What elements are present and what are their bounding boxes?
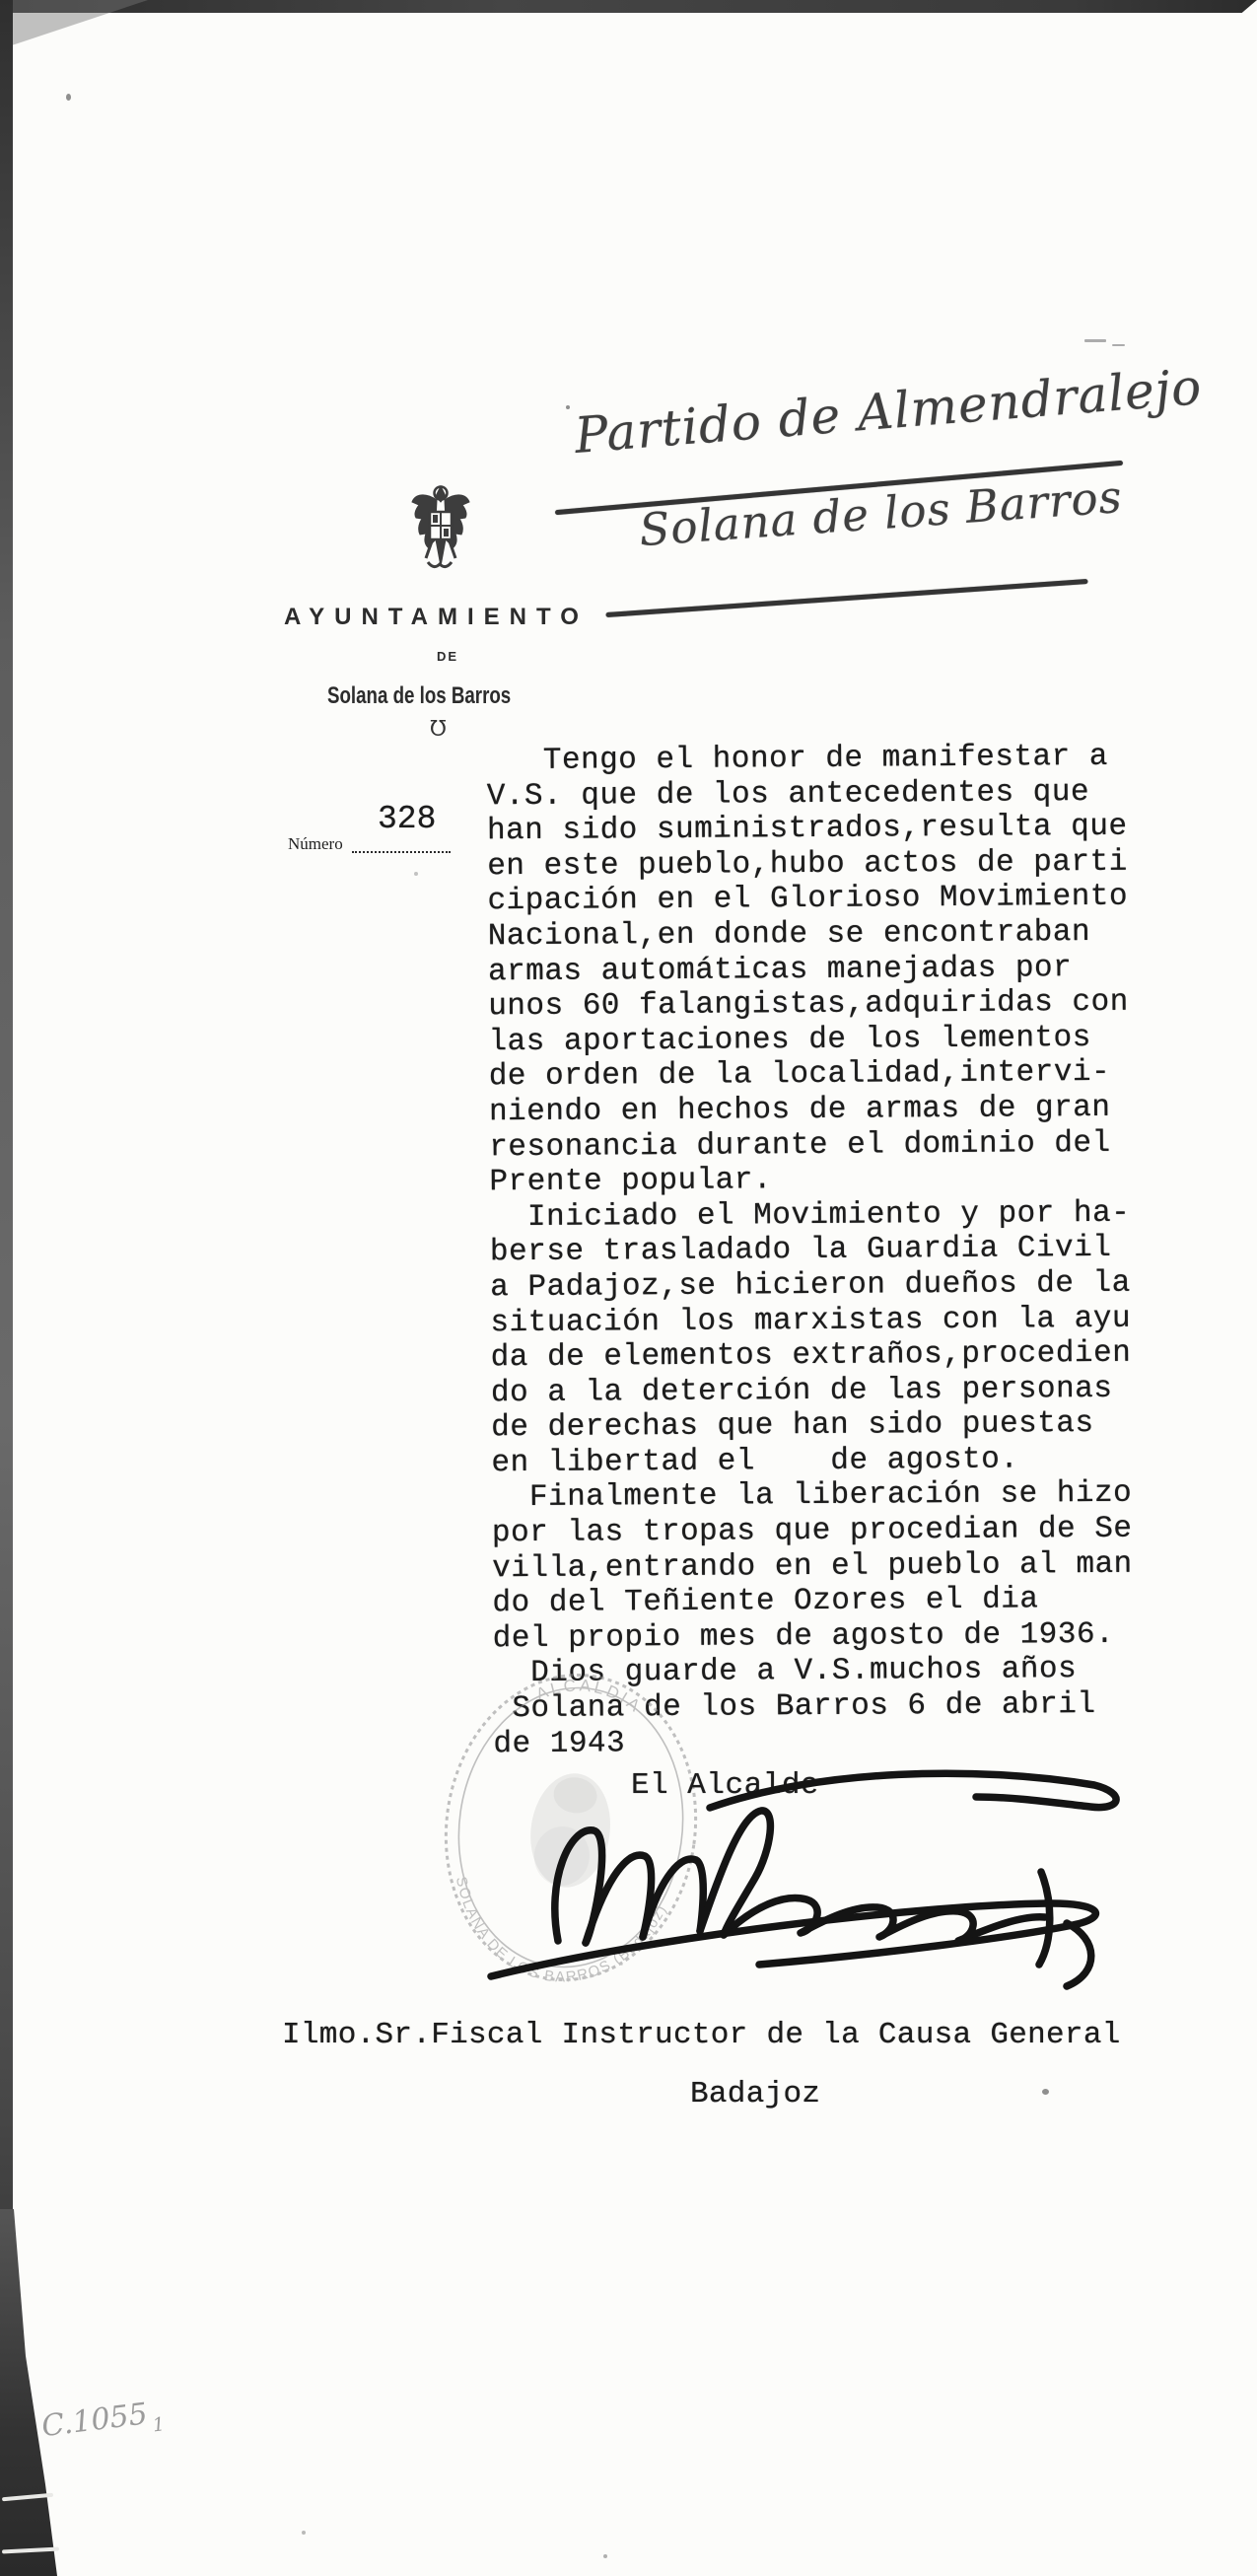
addressee-line: Ilmo.Sr.Fiscal Instructor de la Causa Ge… bbox=[282, 2018, 1121, 2052]
body-line: las aportaciones de los lementos bbox=[488, 1020, 1129, 1059]
archive-reference-mark: C.10551 bbox=[39, 2396, 161, 2444]
scan-mark-dash bbox=[1084, 339, 1106, 342]
body-line: a Padajoz,se hicieron dueños de la bbox=[490, 1266, 1131, 1306]
scan-speck bbox=[1042, 2089, 1049, 2095]
addressee-city: Badajoz bbox=[690, 2077, 820, 2111]
body-line: en este pueblo,hubo actos de parti bbox=[487, 845, 1128, 885]
body-line: Nacional,en donde se encontraban bbox=[488, 915, 1129, 955]
archive-reference-index: 1 bbox=[152, 2413, 167, 2436]
eagle-coat-of-arms-icon bbox=[408, 483, 473, 588]
document-number-value: 328 bbox=[378, 801, 436, 837]
body-line: Tengo el honor de manifestar a bbox=[486, 740, 1127, 779]
body-line: resonancia durante el dominio del bbox=[489, 1125, 1130, 1165]
body-line: de orden de la localidad,intervi- bbox=[489, 1055, 1130, 1095]
body-line: armas automáticas manejadas por bbox=[488, 950, 1129, 989]
mayor-signature bbox=[463, 1753, 1153, 1990]
scan-edge-top-corner-shadow bbox=[0, 0, 148, 49]
scan-edge-top bbox=[0, 0, 1257, 13]
body-line: Prente popular. bbox=[489, 1161, 1130, 1200]
svg-text:ALCALDIA: ALCALDIA bbox=[531, 1669, 649, 1718]
scan-speck bbox=[302, 2531, 306, 2535]
archive-reference-number: C.1055 bbox=[39, 2397, 149, 2444]
body-line: do del Teñiente Ozores el dia bbox=[492, 1582, 1133, 1621]
body-line: berse trasladado la Guardia Civil bbox=[490, 1231, 1131, 1270]
scanned-document-page: Partido de Almendralejo Solana de los Ba… bbox=[0, 0, 1257, 2576]
scan-speck bbox=[414, 872, 418, 876]
body-line: Iniciado el Movimiento y por ha- bbox=[490, 1195, 1131, 1235]
scan-gutter-shadow bbox=[0, 2209, 59, 2576]
letterhead-ornament: ℧ bbox=[430, 716, 447, 742]
body-line: situación los marxistas con la ayu bbox=[490, 1301, 1131, 1340]
scan-speck bbox=[66, 94, 71, 101]
body-line: Finalmente la liberación se hizo bbox=[492, 1476, 1133, 1516]
body-line: villa,entrando en el pueblo al man bbox=[492, 1546, 1133, 1586]
body-line: V.S. que de los antecedentes que bbox=[487, 774, 1128, 814]
body-line: niendo en hechos de armas de gran bbox=[489, 1091, 1130, 1130]
stamp-top-text: ALCALDIA bbox=[531, 1669, 649, 1718]
scan-edge-left bbox=[0, 0, 13, 2576]
body-line: del propio mes de agosto de 1936. bbox=[493, 1617, 1134, 1657]
body-line: cipación en el Glorioso Movimiento bbox=[487, 880, 1128, 919]
typed-letter-body: Tengo el honor de manifestar aV.S. que d… bbox=[486, 740, 1134, 1762]
body-line: da de elementos extraños,procedien bbox=[491, 1336, 1132, 1376]
body-line: de derechas que han sido puestas bbox=[491, 1406, 1132, 1446]
handwritten-district-annotation: Partido de Almendralejo bbox=[573, 358, 1204, 465]
body-line: en libertad el de agosto. bbox=[491, 1442, 1132, 1481]
body-line: unos 60 falangistas,adquiridas con bbox=[488, 985, 1129, 1025]
body-line: han sido suministrados,resulta que bbox=[487, 810, 1128, 849]
body-line: do a la deterción de las personas bbox=[491, 1371, 1132, 1410]
document-number-label: Número bbox=[288, 834, 343, 854]
letterhead-municipality: Solana de los Barros bbox=[327, 682, 511, 710]
handwritten-underline bbox=[605, 579, 1087, 617]
letterhead-org-name: AYUNTAMIENTO bbox=[284, 604, 589, 631]
body-line: por las tropas que procedian de Se bbox=[492, 1512, 1133, 1551]
scan-speck bbox=[566, 405, 570, 409]
letterhead-de: DE bbox=[437, 649, 458, 664]
scan-mark-dash bbox=[1112, 344, 1125, 346]
scan-speck bbox=[603, 2554, 607, 2558]
